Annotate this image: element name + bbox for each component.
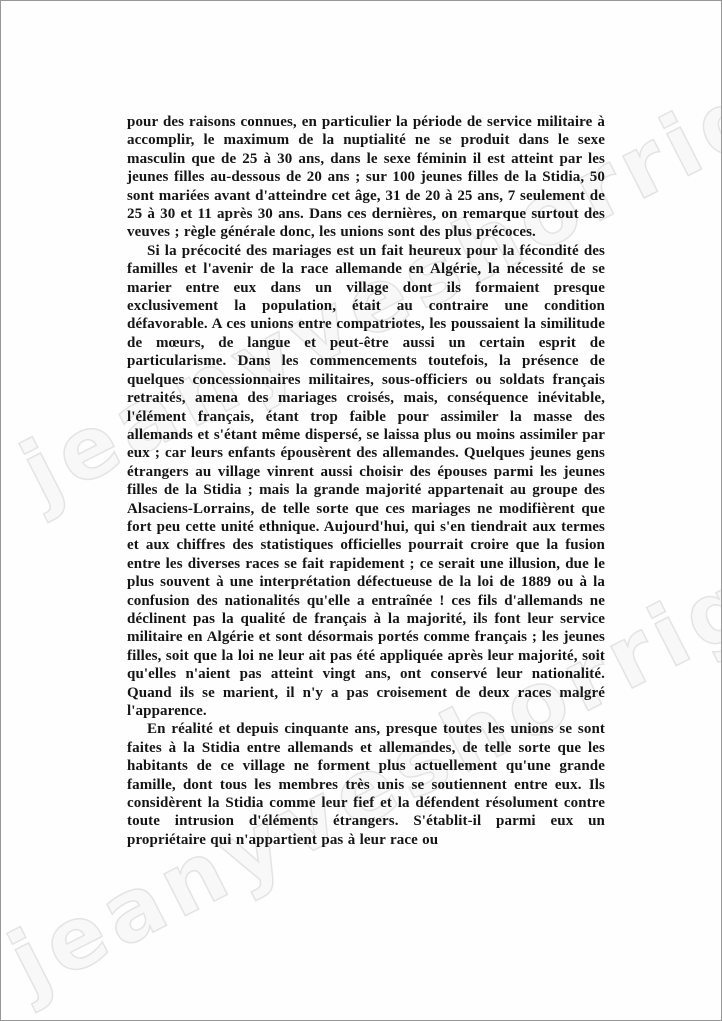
scanned-page: jeanyveshorrignac.fr jeanyveshorrignac.f…: [0, 0, 722, 1021]
body-text: pour des raisons connues, en particulier…: [127, 113, 605, 849]
paragraph-continuation: pour des raisons connues, en particulier…: [127, 113, 605, 242]
paragraph-en-realite: En réalité et depuis cinquante ans, pres…: [127, 720, 605, 849]
paragraph-precocite-mariages: Si la précocité des mariages est un fait…: [127, 242, 605, 721]
